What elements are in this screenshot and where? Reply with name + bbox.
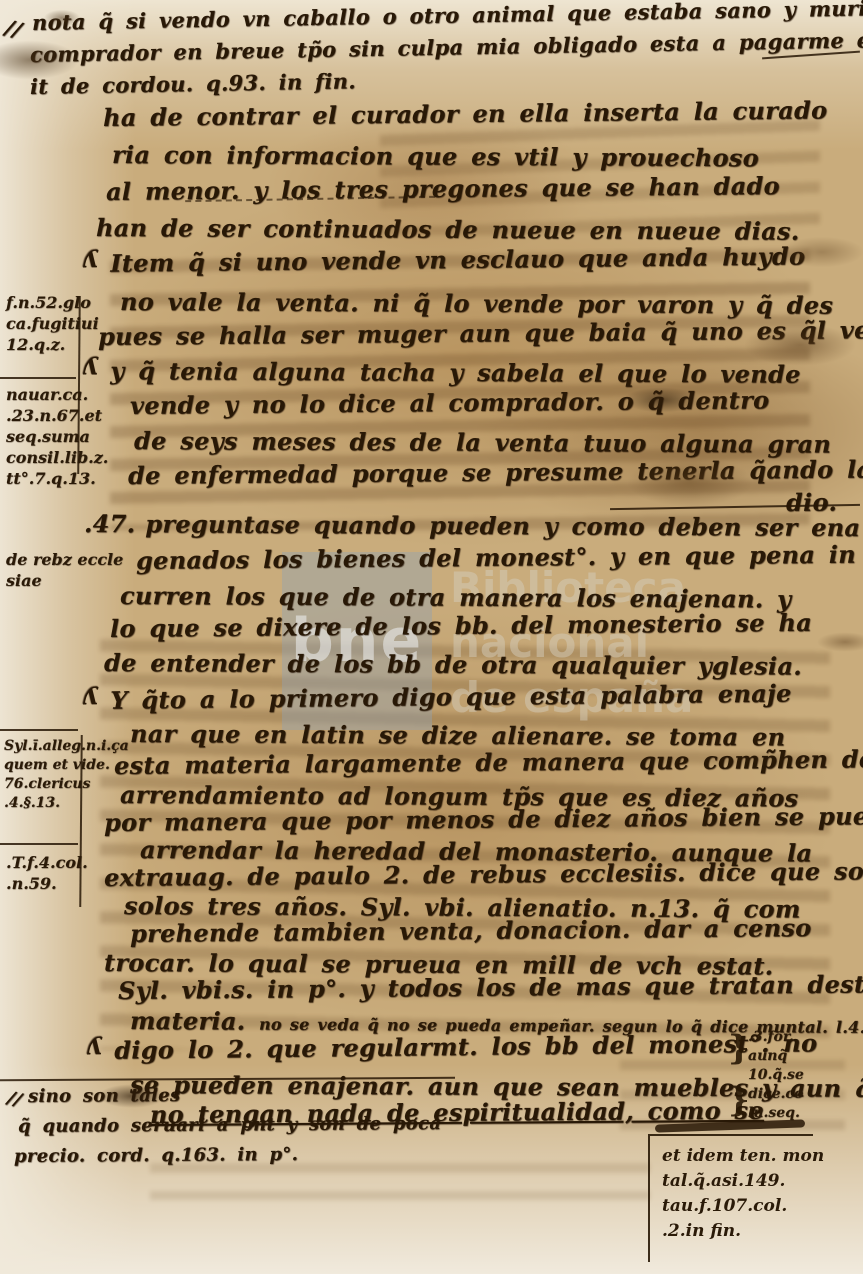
margin-note-citation: f.n.52.glo ca.fugitiui 12.q.z. — [6, 292, 99, 355]
body-line: han de ser continuados de nueue en nueue… — [96, 213, 800, 246]
body-line-text: materia. — [130, 1006, 246, 1036]
margin-note-line: .T.f.4.col. — [6, 852, 88, 873]
body-line-text: preguntase quando pueden y como deben se… — [145, 509, 860, 542]
paragraph-mark: y — [84, 356, 98, 385]
bottom-note-line: q̃ quando seruari a pnt y son de poca — [18, 1113, 441, 1137]
margin-note-line: siae — [6, 570, 123, 591]
margin-note-line: de rebz eccle — [6, 549, 123, 570]
citation-line: .2.in fin. — [662, 1219, 813, 1244]
body-line: de seys meses des de la venta tuuo algun… — [134, 426, 831, 459]
margin-note-line: ca.fugitiui — [6, 313, 99, 334]
margin-note-line: aunq̃ — [748, 1047, 804, 1066]
margin-note-line: tt°.7.q.13. — [6, 468, 108, 489]
citation-line: tau.f.107.col. — [662, 1194, 813, 1219]
body-line: de entender de los bb de otra qualquier … — [104, 648, 802, 681]
citation-line: tal.q̃.asi.149. — [662, 1169, 813, 1194]
paragraph-mark: y — [84, 249, 99, 278]
body-line: prehende tambien venta, donacion. dar a … — [130, 913, 812, 948]
margin-note-citation: .T.f.4.col. .n.59. — [6, 852, 88, 894]
margin-note-line: Syl.ī.alleg.n.i.ça — [4, 737, 129, 756]
margin-note-line: 10.q̃.se — [748, 1066, 804, 1085]
margin-note-citation: nauar.ca. .23.n.67.et seq.suma consil.li… — [6, 384, 108, 489]
margin-note-line: f.n.52.glo — [6, 292, 99, 313]
margin-note-line: .4.§.13. — [4, 794, 129, 813]
margin-note-line: dice.co — [748, 1085, 804, 1104]
body-line: vende y no lo dice al comprador. o q̃ de… — [130, 385, 770, 420]
margin-note-line: 12.q.z. — [6, 334, 99, 355]
body-line: no vale la venta. ni q̃ lo vende por var… — [120, 287, 833, 320]
paragraph-mark: y — [84, 686, 99, 715]
bottom-note-line: sino son tales — [28, 1085, 181, 1107]
margin-separator-rule — [0, 843, 78, 845]
margin-note-line: .n.59. — [6, 873, 88, 894]
margin-brace: } — [728, 1080, 750, 1120]
question-number: .47. — [84, 509, 135, 538]
body-line: yy q̃ tenia alguna tacha y sabela el que… — [84, 356, 801, 389]
margin-note-line: quem et vide. — [4, 756, 129, 775]
body-line: .47.preguntase quando pueden y como debe… — [84, 509, 860, 542]
margin-note-line: .23.n.67.et — [6, 405, 108, 426]
margin-note-line: .3.for. — [748, 1028, 804, 1047]
margin-note-citation: de rebz eccle siae — [6, 549, 123, 591]
bottom-note-line: precio. cord. q.163. in p°. — [14, 1144, 298, 1167]
bottom-right-citation: et idem ten. mon tal.q̃.asi.149. tau.f.1… — [648, 1134, 813, 1262]
margin-note-line: nauar.ca. — [6, 384, 108, 405]
body-line: ria con informacion que es vtil y prouec… — [112, 140, 759, 172]
margin-brace: } — [728, 1028, 750, 1068]
body-line: lo que se dixere de los bb. del monester… — [110, 608, 812, 643]
margin-separator-rule — [0, 729, 78, 731]
paragraph-mark: y — [88, 1036, 103, 1065]
manuscript-page: bne Biblioteca nacional de españa // not… — [0, 0, 863, 1274]
margin-separator-rule — [0, 377, 76, 379]
citation-line: et idem ten. mon — [662, 1144, 813, 1169]
body-line-text: y q̃ tenia alguna tacha y sabela el que … — [110, 356, 801, 389]
margin-note-citation: Syl.ī.alleg.n.i.ça quem et vide. 76.cler… — [4, 737, 129, 813]
right-margin-note: .3.for. aunq̃ 10.q̃.se dice.co lu.seq. — [748, 1028, 804, 1123]
margin-note-line: seq.suma — [6, 426, 108, 447]
margin-note-line: consil.lib.z. — [6, 447, 108, 468]
margin-note-line: 76.clericus — [4, 775, 129, 794]
